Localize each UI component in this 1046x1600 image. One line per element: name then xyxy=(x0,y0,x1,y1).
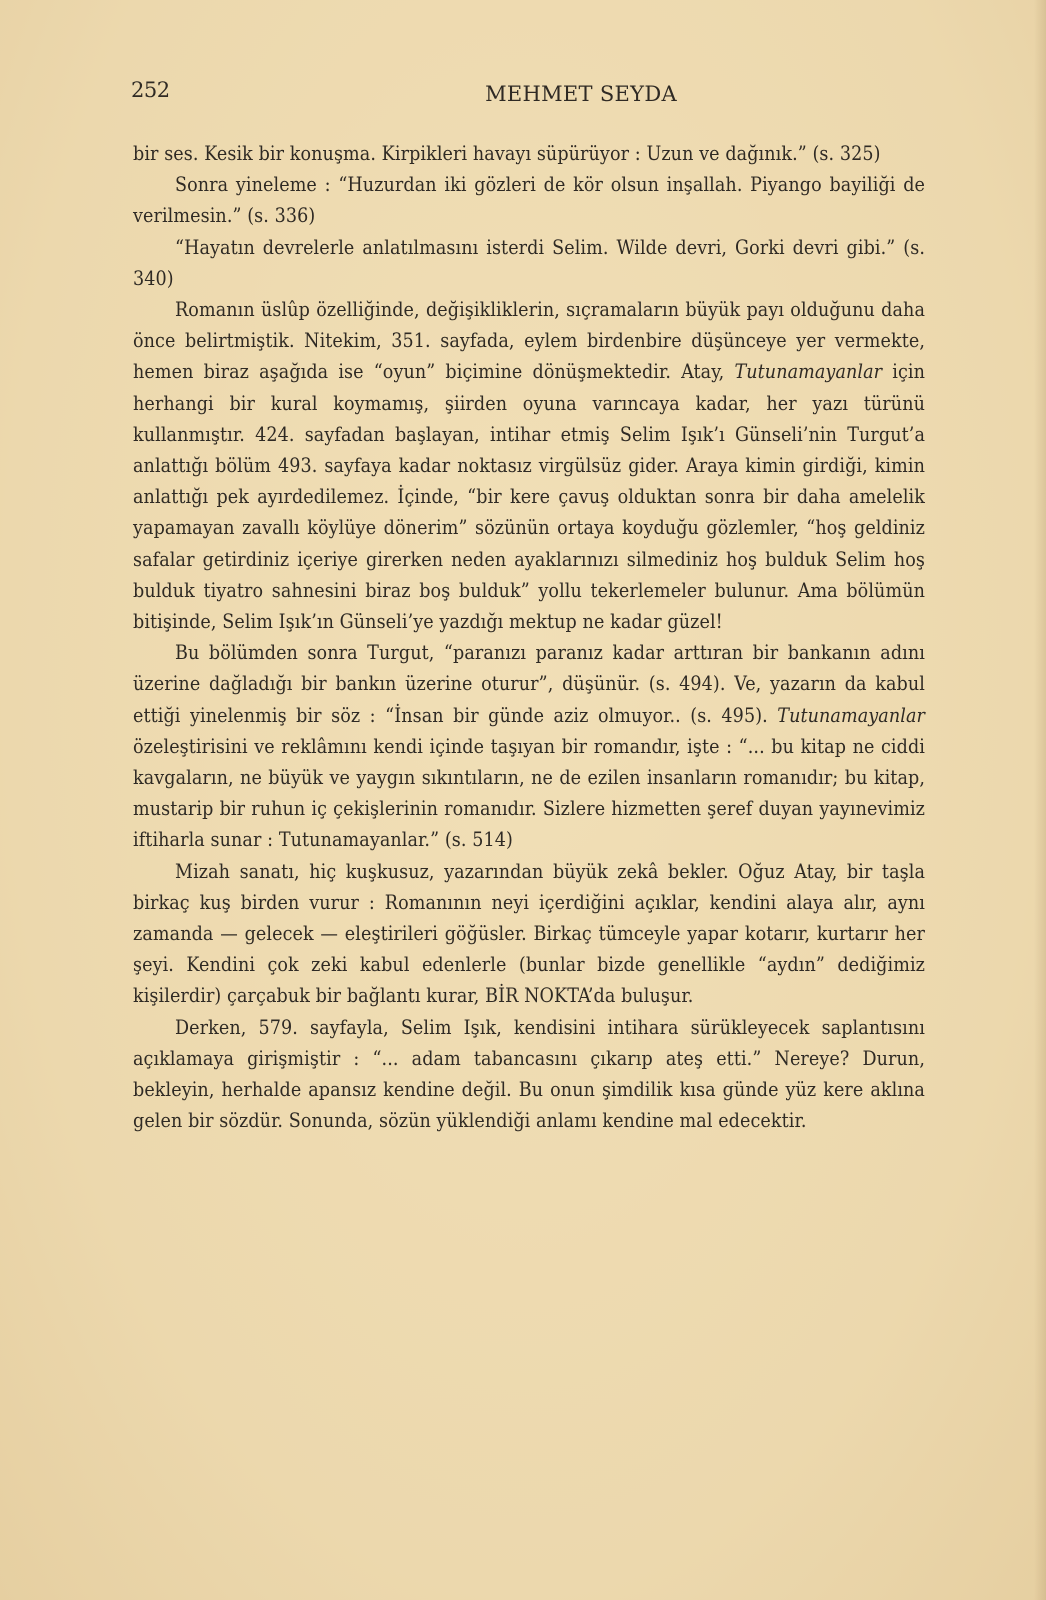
text-segment: Mizah sanatı, hiç kuşkusuz, yazarından b… xyxy=(133,860,925,1008)
page-edge-shadow xyxy=(1034,0,1046,1600)
paragraph: Bu bölümden sonra Turgut, “paranızı para… xyxy=(133,637,925,855)
page-header: 252 MEHMET SEYDA xyxy=(131,78,941,108)
text-segment: özeleştirisini ve reklâmını kendi içinde… xyxy=(133,735,925,852)
paragraph: Romanın üslûp özelliğinde, değişiklikler… xyxy=(133,294,925,637)
paragraph: bir ses. Kesik bir konuşma. Kirpikleri h… xyxy=(133,138,925,169)
paragraph: Derken, 579. sayfayla, Selim Işık, kendi… xyxy=(133,1012,925,1137)
paragraph: Sonra yineleme : “Huzurdan iki gözleri d… xyxy=(133,169,925,231)
text-segment: için herhangi bir kural koymamış, şiirde… xyxy=(133,360,925,633)
text-segment: bir ses. Kesik bir konuşma. Kirpikleri h… xyxy=(133,142,881,165)
running-head: MEHMET SEYDA xyxy=(131,82,941,106)
text-segment: Sonra yineleme : “Huzurdan iki gözleri d… xyxy=(133,173,925,227)
text-segment: “Hayatın devrelerle anlatılmasını isterd… xyxy=(133,236,925,290)
book-title: Tutunamayanlar xyxy=(734,360,882,383)
paragraph: “Hayatın devrelerle anlatılmasını isterd… xyxy=(133,232,925,294)
book-title: Tutunamayanlar xyxy=(777,704,925,727)
paragraph: Mizah sanatı, hiç kuşkusuz, yazarından b… xyxy=(133,856,925,1012)
body-text: bir ses. Kesik bir konuşma. Kirpikleri h… xyxy=(133,138,925,1137)
text-segment: Derken, 579. sayfayla, Selim Işık, kendi… xyxy=(133,1016,925,1133)
